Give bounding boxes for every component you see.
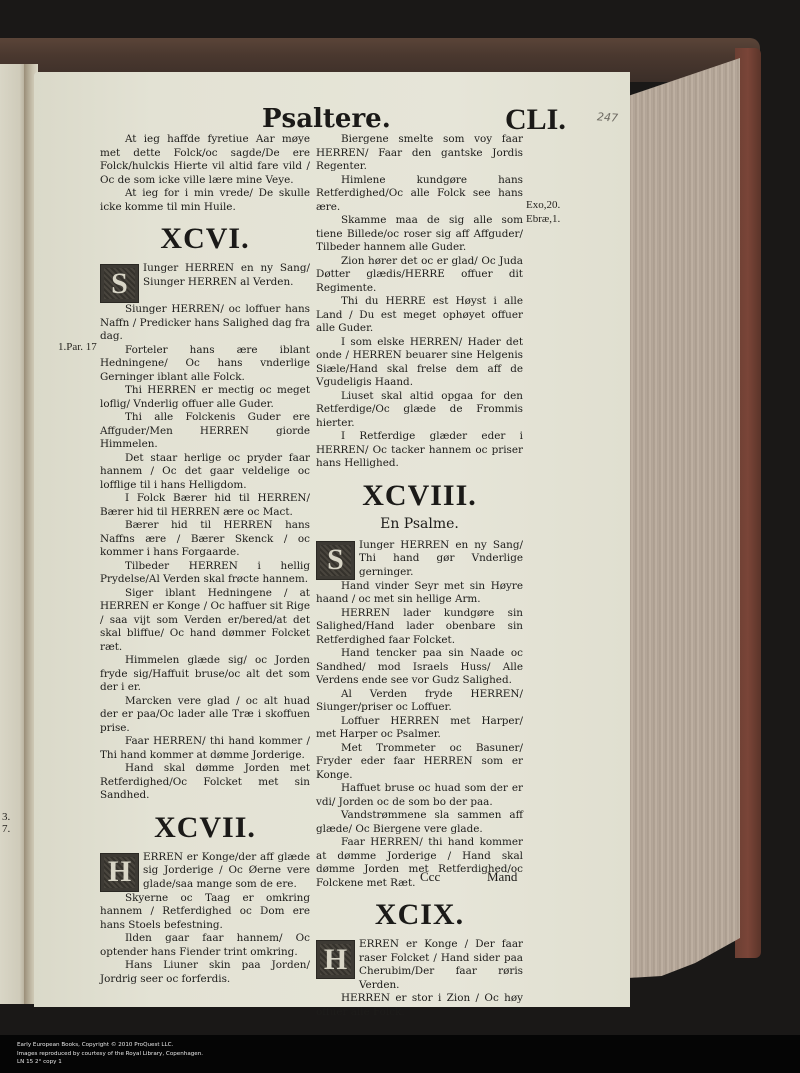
paragraph: Al Verden fryde HERREN/ Siunger/priser o… <box>316 688 523 715</box>
psalm-number-98: XCVIII. <box>316 479 523 513</box>
paragraph: Hand vinder Seyr met sin Høyre haand / o… <box>316 580 523 607</box>
psalm-number-99: XCIX. <box>316 898 523 932</box>
paragraph: Loffuer HERREN met Harper/ met Harper oc… <box>316 715 523 742</box>
footer-copyright: Early European Books, Copyright © 2010 P… <box>17 1041 173 1049</box>
paragraph: Tilbeder HERREN i hellig Prydelse/Al Ver… <box>100 560 310 587</box>
text-column-left: At ieg haffde fyretiue Aar møye met dett… <box>100 133 310 986</box>
woodcut-initial-icon: S <box>316 541 355 580</box>
paragraph: Skyerne oc Taag er omkring hannem / Retf… <box>100 892 310 933</box>
paragraph: Bærer hid til HERREN hans Naffns ære / B… <box>100 519 310 560</box>
paragraph: Ilden gaar faar hannem/ Oc optender hans… <box>100 932 310 959</box>
footer-shelfmark: LN 15 2° copy 1 <box>17 1058 62 1066</box>
margin-note-left-page-2: 7. <box>2 822 10 836</box>
paragraph: Hand skal dømme Jorden met Retferdighed/… <box>100 762 310 803</box>
paragraph: Himlene kundgøre hans Retferdighed/Oc al… <box>316 174 523 215</box>
text-column-right: Biergene smelte som voy faar HERREN/ Faa… <box>316 133 523 1019</box>
paragraph: Forteler hans ære iblant Hedningene/ Oc … <box>100 344 310 385</box>
paragraph: I Folck Bærer hid til HERREN/ Bærer hid … <box>100 492 310 519</box>
paragraph: Vandstrømmene sla sammen aff glæde/ Oc B… <box>316 809 523 836</box>
paragraph: Siger iblant Hedningene / at HERREN er K… <box>100 587 310 655</box>
paragraph: Marcken vere glad / oc alt huad der er p… <box>100 695 310 736</box>
psalm-number-97: XCVII. <box>100 811 310 845</box>
signature-mark: Ccc <box>420 869 440 885</box>
page-fore-edge <box>628 58 740 978</box>
catchword: Mand <box>487 869 517 885</box>
margin-note-exodus: Exo,20. <box>526 198 560 212</box>
margin-note-hebrews: Ebræ,1. <box>526 212 560 226</box>
paragraph: Himmelen glæde sig/ oc Jorden fryde sig/… <box>100 654 310 695</box>
paragraph: Zion hører det oc er glad/ Oc Juda Døtte… <box>316 255 523 296</box>
margin-note-paralipomenon: 1.Par. 17 <box>58 340 97 354</box>
paragraph: Biergene smelte som voy faar HERREN/ Faa… <box>316 133 523 174</box>
paragraph: I Retferdige glæder eder i HERREN/ Oc ta… <box>316 430 523 471</box>
psalm-number-96: XCVI. <box>100 222 310 256</box>
paragraph: Siunger HERREN/ oc loffuer hans Naffn / … <box>100 303 310 344</box>
paragraph: At ieg haffde fyretiue Aar møye met dett… <box>100 133 310 187</box>
paragraph: Met Trommeter oc Basuner/ Fryder eder fa… <box>316 742 523 783</box>
paragraph: I som elske HERREN/ Hader det onde / HER… <box>316 336 523 390</box>
running-head: Psaltere. <box>262 104 391 134</box>
paragraph: Thi HERREN er mectig oc meget loflig/ Vn… <box>100 384 310 411</box>
paragraph: Hans Liuner skin paa Jorden/ Jordrig see… <box>100 959 310 986</box>
paragraph: At ieg for i min vrede/ De skulle icke k… <box>100 187 310 214</box>
paragraph: Thi alle Folckenis Guder ere Affguder/Me… <box>100 411 310 452</box>
paragraph: HERREN lader kundgøre sin Salighed/Hand … <box>316 607 523 648</box>
paragraph: Hand tencker paa sin Naade oc Sandhed/ m… <box>316 647 523 688</box>
psalm-96-opening: S Iunger HERREN en ny Sang/ Siunger HERR… <box>100 262 310 303</box>
paragraph: Thi du HERRE est Høyst i alle Land / Du … <box>316 295 523 336</box>
paragraph: Haffuet bruse oc huad som der er vdi/ Jo… <box>316 782 523 809</box>
psalm-98-opening: S Iunger HERREN en ny Sang/ Thi hand gør… <box>316 539 523 580</box>
footer-courtesy: Images reproduced by courtesy of the Roy… <box>17 1050 203 1058</box>
woodcut-initial-icon: S <box>100 264 139 303</box>
woodcut-initial-icon: H <box>316 940 355 979</box>
paragraph: Liuset skal altid opgaa for den Retferdi… <box>316 390 523 431</box>
psalm-99-opening: H ERREN er Konge / Der faar raser Folcke… <box>316 938 523 992</box>
folio-number: CLI. <box>505 103 566 137</box>
handwritten-page-number: 247 <box>597 110 619 124</box>
paragraph: HERREN er stor i Zion / Oc høy offuer al… <box>316 992 523 1019</box>
paragraph: Faar HERREN/ thi hand kommer / Thi hand … <box>100 735 310 762</box>
psalm-97-opening: H ERREN er Konge/der aff glæde sig Jorde… <box>100 851 310 892</box>
paragraph: Skamme maa de sig alle som tiene Billede… <box>316 214 523 255</box>
psalm-subtitle: En Psalme. <box>316 515 523 533</box>
woodcut-initial-icon: H <box>100 853 139 892</box>
book-scan: Psaltere. CLI. 247 Exo,20. Ebræ,1. 1.Par… <box>0 0 800 1035</box>
paragraph: Det staar herlige oc pryder faar hannem … <box>100 452 310 493</box>
